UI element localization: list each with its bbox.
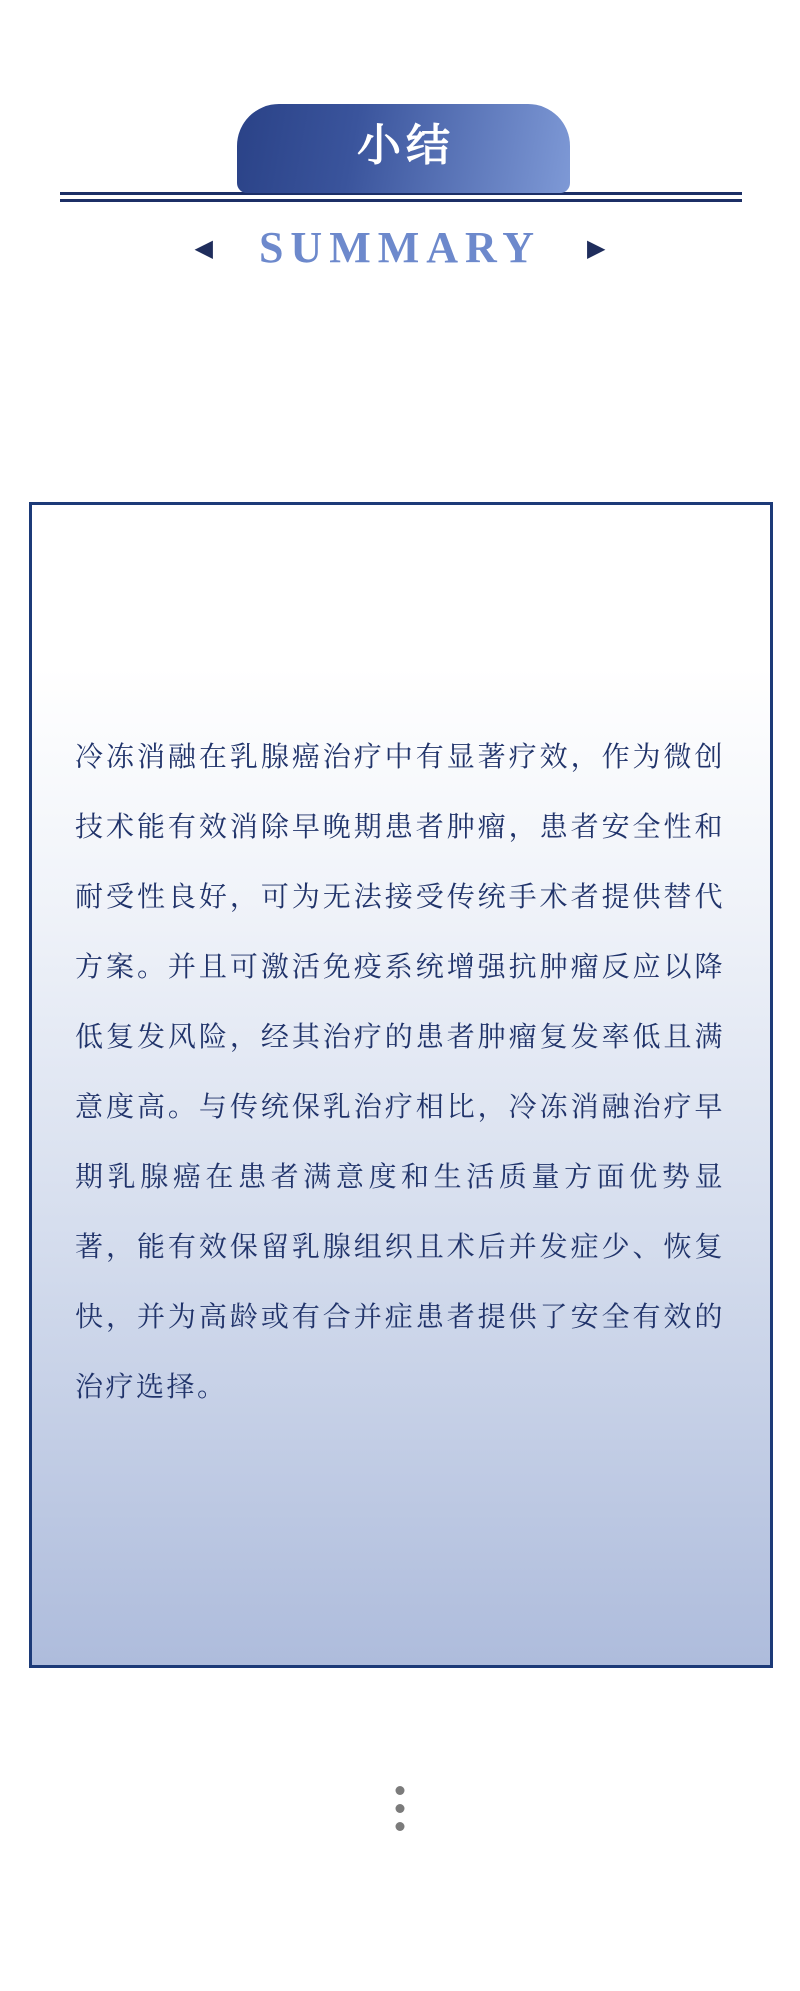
dot [396,1822,405,1831]
section-title: 小结 [352,124,455,174]
divider-line-bottom [60,199,742,202]
dot [396,1786,405,1795]
section-subtitle: SUMMARY [259,226,541,270]
section-header-pill: 小结 [237,104,570,193]
dot [396,1804,405,1813]
header-divider [60,192,742,202]
summary-paragraph: 冷冻消融在乳腺癌治疗中有显著疗效，作为微创技术能有效消除早晚期患者肿瘤，患者安全… [32,505,770,1422]
left-arrow-icon: ◀ [194,236,212,260]
article-page: 小结 ◀ SUMMARY ▶ 冷冻消融在乳腺癌治疗中有显著疗效，作为微创技术能有… [0,0,800,1991]
right-arrow-icon: ▶ [587,236,605,260]
more-dots-icon [396,1786,405,1831]
section-subtitle-row: ◀ SUMMARY ▶ [0,222,800,274]
summary-content-box: 冷冻消融在乳腺癌治疗中有显著疗效，作为微创技术能有效消除早晚期患者肿瘤，患者安全… [29,502,773,1668]
